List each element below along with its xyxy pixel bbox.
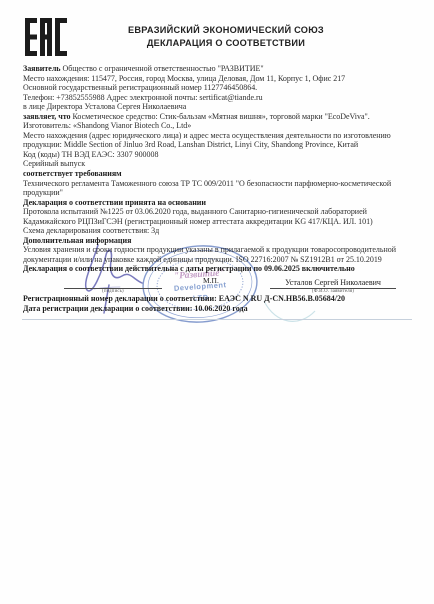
line-segment-bold: Заявитель [23,64,62,73]
document-line: в лице Директора Усталова Сергея Николае… [23,102,421,112]
line-segment: Технического регламента Таможенного союз… [23,179,391,188]
document-line: Дата регистрации декларации о соответств… [23,304,421,314]
signer-name-line [270,280,396,289]
document-line: Схема декларирования соответствия: 3д [23,226,421,236]
line-segment: Основной государственный регистрационный… [23,83,257,92]
document-line: Телефон: +73852555988 Адрес электронной … [23,93,421,103]
line-segment: Код (коды) ТН ВЭД ЕАЭС: 3307 900008 [23,150,158,159]
document-line: Серийный выпуск [23,159,421,169]
line-segment: Изготовитель: «Shandong Vianor Biotech C… [23,121,191,130]
document-line: Декларация о соответствии принята на осн… [23,198,421,208]
document-line: соответствует требованиям [23,169,421,179]
line-segment: Телефон: +73852555988 Адрес электронной … [23,93,263,102]
title-union: ЕВРАЗИЙСКИЙ ЭКОНОМИЧЕСКИЙ СОЮЗ [56,24,396,37]
divider-line [22,319,412,320]
line-segment: продукции" [23,188,63,197]
document-line: Код (коды) ТН ВЭД ЕАЭС: 3307 900008 [23,150,421,160]
line-segment: Место нахождения (адрес юридического лиц… [23,131,391,140]
document-line: Изготовитель: «Shandong Vianor Biotech C… [23,121,421,131]
registration-info: Регистрационный номер декларации о соотв… [23,294,421,313]
line-segment-bold: Дата регистрации декларации о соответств… [23,304,248,313]
declaration-document: ЕВРАЗИЙСКИЙ ЭКОНОМИЧЕСКИЙ СОЮЗ ДЕКЛАРАЦИ… [0,0,434,604]
document-line: Заявитель Общество с ограниченной ответс… [23,64,421,74]
line-segment-bold: Регистрационный номер декларации о соотв… [23,294,345,303]
document-line: Технического регламента Таможенного союз… [23,179,421,189]
document-line: Основной государственный регистрационный… [23,83,421,93]
document-line: Протокола испытаний №1225 от 03.06.2020 … [23,207,421,217]
document-line: продукции" [23,188,421,198]
document-line: Место нахождения (адрес юридического лиц… [23,131,421,141]
document-line: Регистрационный номер декларации о соотв… [23,294,421,304]
document-line: Место нахождения: 115477, Россия, город … [23,74,421,84]
document-line: заявляет, что Косметическое средство: Ст… [23,112,421,122]
document-title: ЕВРАЗИЙСКИЙ ЭКОНОМИЧЕСКИЙ СОЮЗ ДЕКЛАРАЦИ… [56,24,396,50]
line-segment-bold: Декларация о соответствии принята на осн… [23,198,206,207]
mp-label: М.П. [203,276,219,285]
line-segment-bold: заявляет, что [23,112,73,121]
line-segment: Кадамжайского РЦПЗиГСЭН (регистрационный… [23,217,373,226]
signature-line [64,280,162,289]
line-segment: в лице Директора Усталова Сергея Николае… [23,102,186,111]
line-segment: продукции: Middle Section of Jinluo 3rd … [23,140,358,149]
line-segment: Схема декларирования соответствия: 3д [23,226,159,235]
line-segment: Общество с ограниченной ответственностью… [62,64,263,73]
line-segment: Протокола испытаний №1225 от 03.06.2020 … [23,207,367,216]
line-segment: Место нахождения: 115477, Россия, город … [23,74,345,83]
line-segment-bold: соответствует требованиям [23,169,122,178]
document-line: продукции: Middle Section of Jinluo 3rd … [23,140,421,150]
line-segment: Серийный выпуск [23,159,85,168]
line-segment: Косметическое средство: Стик-бальзам «Мя… [73,112,370,121]
document-line: Кадамжайского РЦПЗиГСЭН (регистрационный… [23,217,421,227]
title-declaration: ДЕКЛАРАЦИЯ О СООТВЕТСТВИИ [56,37,396,50]
